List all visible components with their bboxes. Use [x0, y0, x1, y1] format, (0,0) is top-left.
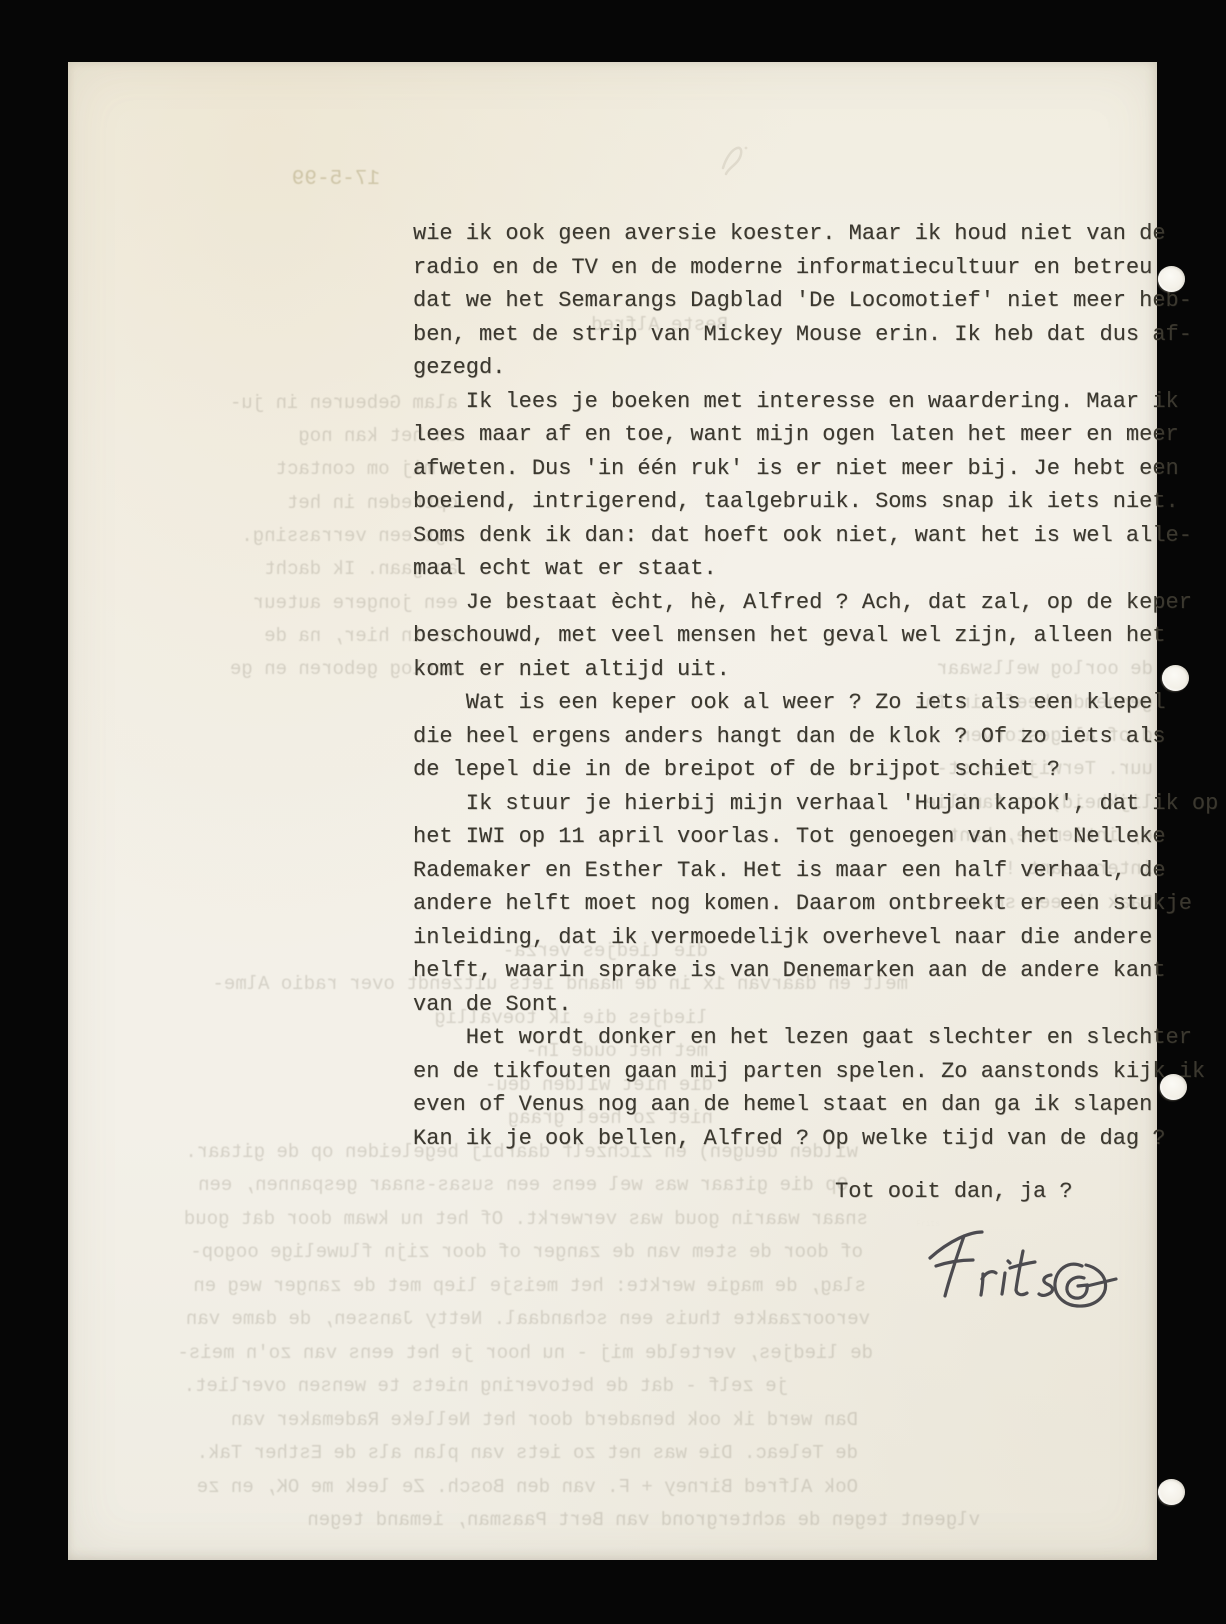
letter-line: die heel ergens anders hangt dan de klok… — [413, 720, 1225, 754]
hole-emboss — [1158, 1479, 1185, 1505]
letter-line: de lepel die in de breipot of de brijpot… — [413, 753, 1225, 787]
letter-line: Soms denk ik dan: dat hoeft ook niet, wa… — [413, 519, 1225, 553]
ghost-text-line: Op die gitaar was wel eens een susas-sna… — [198, 1174, 848, 1196]
letter-line: Ik stuur je hierbij mijn verhaal 'Hujan … — [413, 787, 1225, 821]
ghost-text-line: of door de stem van de zanger of door zi… — [190, 1241, 863, 1263]
ghost-text-line: de Teleac. Die was net zo iets van plan … — [197, 1442, 858, 1464]
letter-line: afweten. Dus 'in één ruk' is er niet mee… — [413, 452, 1225, 486]
letter-line: komt er niet altijd uit. — [413, 653, 1225, 687]
letter-line: wie ik ook geen aversie koester. Maar ik… — [413, 217, 1225, 251]
letter-line: Rademaker en Esther Tak. Het is maar een… — [413, 854, 1225, 888]
letter-line: Het wordt donker en het lezen gaat slech… — [413, 1021, 1225, 1055]
letter-line: van de Sont. — [413, 988, 1225, 1022]
ghost-text-line: veroorzaakte thuis een schandaal. Netty … — [186, 1308, 870, 1330]
letter-line: gezegd. — [413, 351, 1225, 385]
ghost-date: 17-5-99 — [292, 168, 380, 191]
letter-line: dat we het Semarangs Dagblad 'De Locomot… — [413, 284, 1225, 318]
closing-line: Tot ooit dan, ja ? — [835, 1175, 1073, 1209]
letter-line: Wat is een keper ook al weer ? Zo iets a… — [413, 686, 1225, 720]
letter-line: inleiding, dat ik vermoedelijk overhevel… — [413, 921, 1225, 955]
letter-line: radio en de TV en de moderne informatiec… — [413, 251, 1225, 285]
letter-line: Je bestaat ècht, hè, Alfred ? Ach, dat z… — [413, 586, 1225, 620]
letter-line: lees maar af en toe, want mijn ogen late… — [413, 418, 1225, 452]
letter-line: het IWI op 11 april voorlas. Tot genoege… — [413, 820, 1225, 854]
signature-name: Frits — [916, 1220, 940, 1229]
ghost-text-line: Dan werd ik ook benaderd door het Nellek… — [231, 1409, 858, 1431]
signature-ink — [916, 1220, 1126, 1324]
letter-line: ben, met de strip van Mickey Mouse erin.… — [413, 318, 1225, 352]
letter-line: beschouwd, met veel mensen het geval wel… — [413, 619, 1225, 653]
letter-line: maal echt wat er staat. — [413, 552, 1225, 586]
ghost-text-line: je zelf - dat de betovering niets te wen… — [184, 1375, 788, 1397]
scanned-letter-screenshot: { "scan": { "frame_color": "#060606", "p… — [0, 0, 1226, 1624]
letter-line: Ik lees je boeken met interesse en waard… — [413, 385, 1225, 419]
letter-line: helft, waarin sprake is van Denemarken a… — [413, 954, 1225, 988]
smudge-mark — [713, 134, 765, 182]
letter-line: Kan ik je ook bellen, Alfred ? Op welke … — [413, 1122, 1225, 1156]
ghost-text-line: Ook Alfred Birney + F. van den Bosch. Ze… — [197, 1476, 858, 1498]
ghost-text-line: vlgeent tegen de achtergrond van Bert Pa… — [307, 1509, 980, 1531]
letter-body-text: wie ik ook geen aversie koester. Maar ik… — [413, 217, 1225, 1155]
letter-line: boeiend, intrigerend, taalgebruik. Soms … — [413, 485, 1225, 519]
letter-line: even of Venus nog aan de hemel staat en … — [413, 1088, 1225, 1122]
ghost-text-line: de liedjes, vertelde mij - nu hoor je he… — [177, 1342, 873, 1364]
letter-line: andere helft moet nog komen. Daarom ontb… — [413, 887, 1225, 921]
ghost-text-line: snaar waarin goud was verwerkt. Of het n… — [184, 1208, 868, 1230]
letter-page: 17-5-99 Beste Alfredalam Gebeuren in ju-… — [68, 62, 1157, 1560]
hole-emboss — [1158, 266, 1185, 292]
ghost-text-line: slag, de magie werkte: het meisje liep m… — [193, 1275, 866, 1297]
hole-emboss — [1162, 665, 1189, 691]
scanner-black-frame: 17-5-99 Beste Alfredalam Gebeuren in ju-… — [0, 0, 1226, 1624]
letter-line: en de tikfouten gaan mij parten spelen. … — [413, 1055, 1225, 1089]
hole-emboss — [1160, 1074, 1187, 1100]
signature: Frits — [916, 1220, 1126, 1324]
